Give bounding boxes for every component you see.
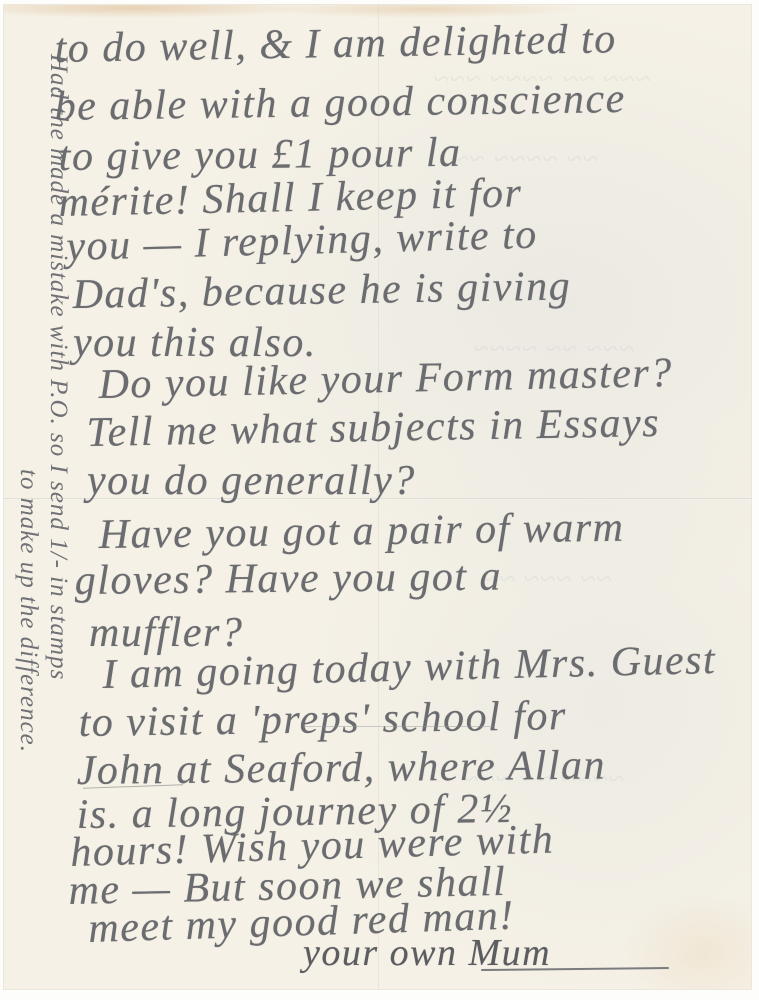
letter-line: Have you got a pair of warm xyxy=(98,507,624,556)
letter-line: to do well, & I am delighted to xyxy=(54,18,617,70)
letter-line: you do generally? xyxy=(87,460,416,502)
letter-line: Tell me what subjects in Essays xyxy=(86,402,660,454)
bleed-through-texture: ~~ ~~~ ~~ xyxy=(483,564,612,596)
letter-line: be able with a good conscience xyxy=(54,78,626,128)
letter-line: gloves? Have you got a xyxy=(75,556,503,602)
letter-line: to give you £1 pour la xyxy=(59,132,462,178)
preps-underline xyxy=(303,726,493,727)
letter-line: Dad's, because he is giving xyxy=(72,265,571,316)
letter-page: ~~~ ~~ ~~~~ ~~~ ~~ ~~~~ ~~ ~~~ ~~ ~~~~ ~… xyxy=(3,4,752,990)
letter-line: muffler? xyxy=(89,612,243,654)
letter-line: Do you like your Form master? xyxy=(98,352,673,406)
letter-line: to visit a 'preps' school for xyxy=(78,695,567,744)
margin-note-line-2: to make up the difference. xyxy=(13,54,43,974)
letter-line: you — I replying, write to xyxy=(66,214,538,268)
signature-closing: your own Mum xyxy=(303,934,551,972)
